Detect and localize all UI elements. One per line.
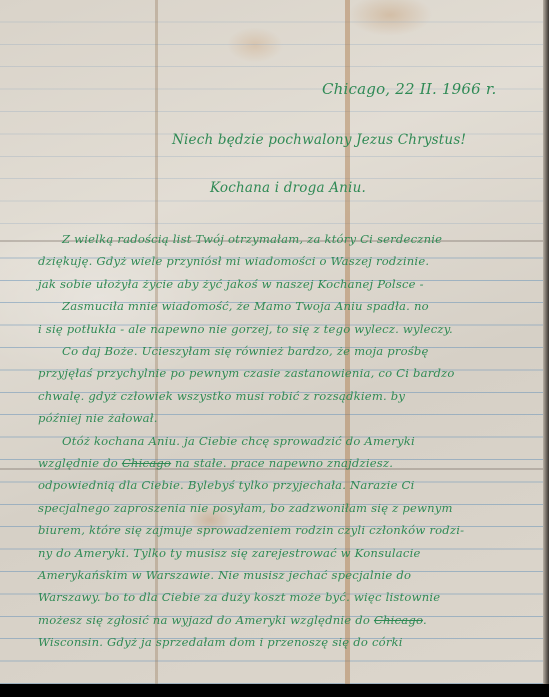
- letter-line: jak sobie ułożyła życie aby żyć jakoś w …: [38, 277, 424, 291]
- salutation: Kochana i droga Aniu.: [210, 180, 366, 196]
- place-date: Chicago, 22 II. 1966 r.: [322, 80, 497, 98]
- letter-line: biurem, które się zajmuje sprowadzeniem …: [38, 523, 464, 537]
- letter-line: odpowiednią dla Ciebie. Bylebyś tylko pr…: [38, 478, 415, 492]
- ruled-lines-top: [0, 0, 549, 236]
- letter-line: dziękuję. Gdyż wiele przyniósł mi wiadom…: [38, 254, 429, 268]
- letter-line: Co daj Boże. Ucieszyłam się również bard…: [62, 344, 429, 358]
- paper-edge-shadow: [543, 0, 549, 684]
- bottom-black-strip: [0, 684, 549, 697]
- letter-line: specjalnego zaproszenia nie posyłam, bo …: [38, 501, 453, 515]
- letter-line: możesz się zgłosić na wyjazd do Ameryki …: [38, 613, 427, 627]
- letter-line: Warszawy. bo to dla Ciebie za duży koszt…: [38, 590, 440, 604]
- letter-line: Otóż kochana Aniu. ja Ciebie chcę sprowa…: [62, 434, 415, 448]
- letter-paper: Chicago, 22 II. 1966 r. Niech będzie poc…: [0, 0, 549, 684]
- greeting: Niech będzie pochwalony Jezus Chrystus!: [172, 132, 466, 148]
- letter-line: Wisconsin. Gdyż ja sprzedałam dom i prze…: [38, 635, 403, 649]
- letter-line: Zasmuciła mnie wiadomość, że Mamo Twoja …: [62, 299, 429, 313]
- letter-line: względnie do Chicago na stałe. prace nap…: [38, 456, 393, 470]
- letter-line: później nie żałował.: [38, 411, 158, 425]
- letter-line: Amerykańskim w Warszawie. Nie musisz jec…: [38, 568, 411, 582]
- letter-line: i się potłukła - ale napewno nie gorzej,…: [38, 322, 453, 336]
- letter-line: Z wielką radością list Twój otrzymałam, …: [62, 232, 442, 246]
- letter-line: przyjęłaś przychylnie po pewnym czasie z…: [38, 366, 455, 380]
- letter-line: chwalę. gdyż człowiek wszystko musi robi…: [38, 389, 405, 403]
- letter-line: ny do Ameryki. Tylko ty musisz się zarej…: [38, 546, 421, 560]
